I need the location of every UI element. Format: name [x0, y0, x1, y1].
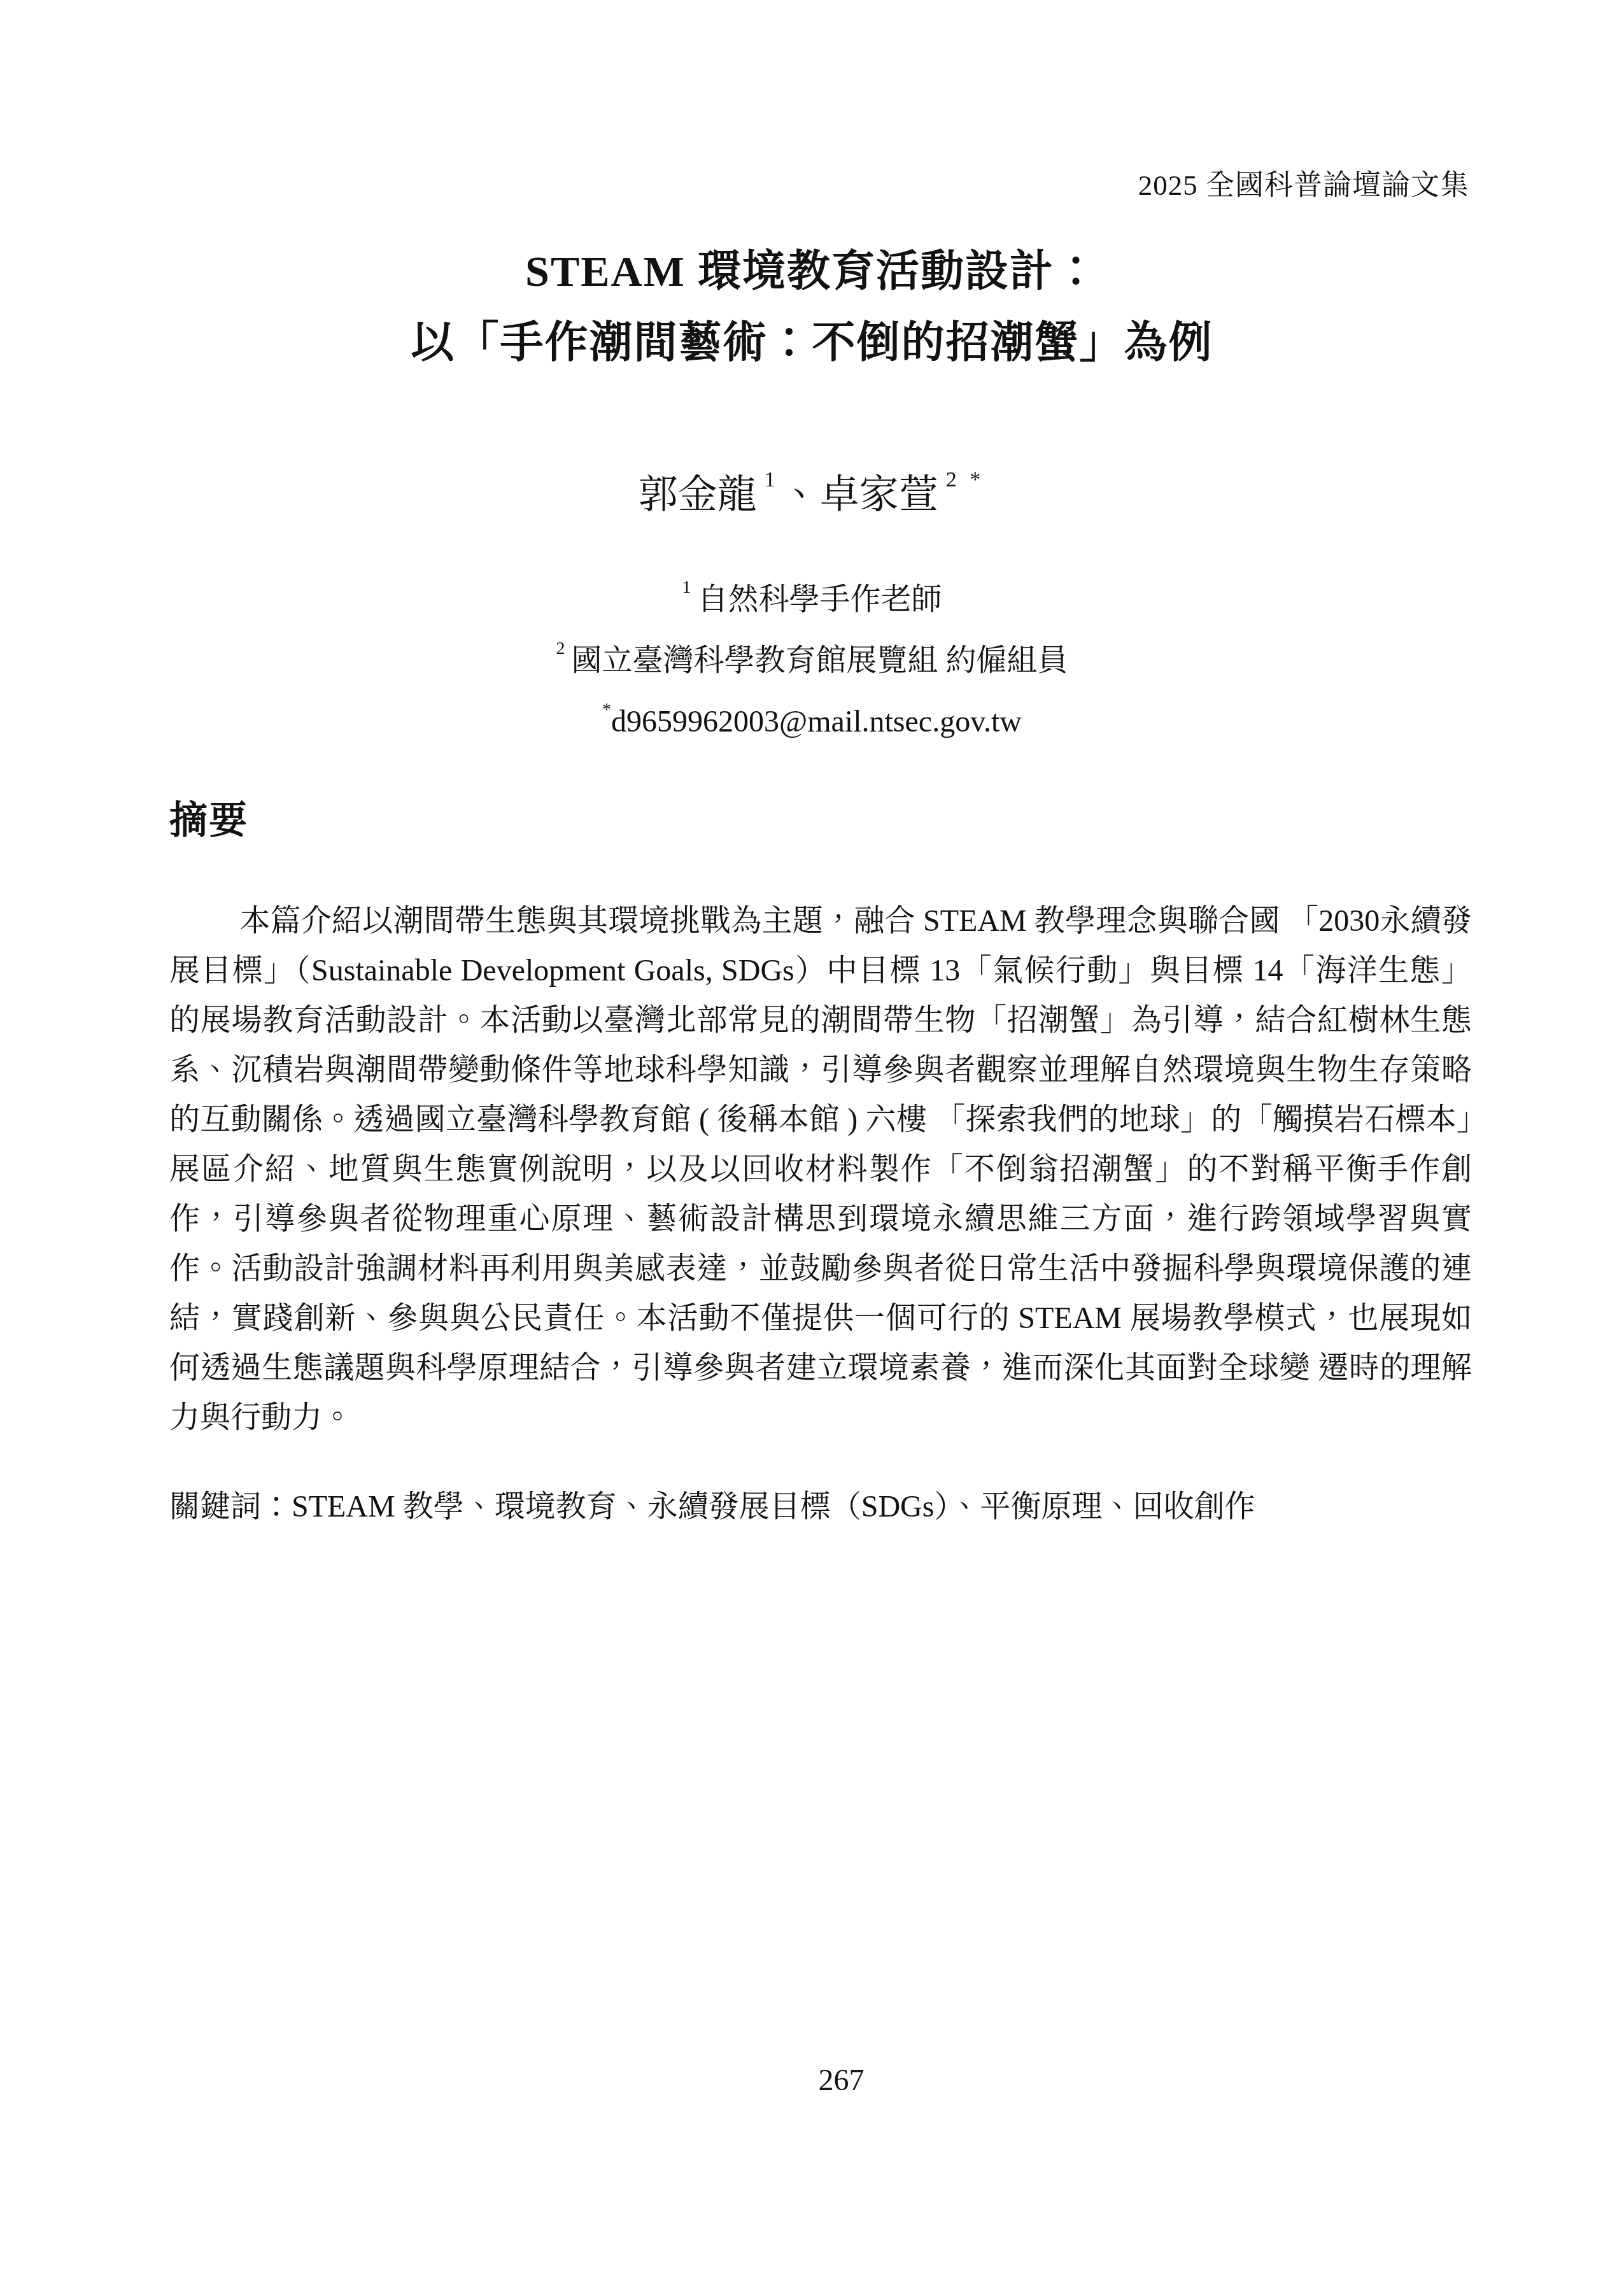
abstract-body: 本篇介紹以潮間帶生態與其環境挑戰為主題，融合 STEAM 教學理念與聯合國 「2…: [169, 896, 1472, 1443]
abstract-heading: 摘要: [169, 792, 248, 849]
author-1-superscript: 1: [765, 468, 779, 492]
paper-title-line-2: 以「手作潮間藝術：不倒的招潮蟹」為例: [0, 307, 1624, 378]
author-separator: 、: [780, 474, 820, 517]
corresponding-email-superscript: *: [602, 700, 611, 719]
proceedings-header: 2025 全國科普論壇論文集: [1138, 167, 1469, 204]
affiliation-2-text: 國立臺灣科學教育館展覽組 約僱組員: [571, 644, 1068, 677]
author-1-name: 郭金龍: [639, 474, 757, 517]
authors-line: 郭金龍1、卓家萱2 *: [0, 449, 1624, 526]
affiliation-1-text: 自然科學手作老師: [697, 583, 942, 616]
keywords-line: 關鍵詞：STEAM 教學、環境教育、永續發展目標（SDGs）、平衡原理、回收創作: [169, 1482, 1472, 1532]
author-2-superscript: 2 *: [946, 468, 985, 492]
paper-title: STEAM 環境教育活動設計： 以「手作潮間藝術：不倒的招潮蟹」為例: [0, 236, 1624, 378]
paper-title-line-1: STEAM 環境教育活動設計：: [0, 236, 1624, 307]
affiliation-1-superscript: 1: [682, 577, 691, 597]
corresponding-email-line: *d9659962003@mail.ntsec.gov.tw: [0, 685, 1624, 746]
paper-page: 2025 全國科普論壇論文集 STEAM 環境教育活動設計： 以「手作潮間藝術：…: [0, 0, 1624, 2278]
affiliations-block: 1自然科學手作老師 2國立臺灣科學教育館展覽組 約僱組員 *d965996200…: [0, 563, 1624, 746]
corresponding-email-text: d9659962003@mail.ntsec.gov.tw: [611, 705, 1022, 739]
page-number: 267: [29, 2063, 1624, 2098]
affiliation-2-superscript: 2: [556, 639, 565, 658]
author-2-name: 卓家萱: [820, 474, 938, 517]
affiliation-1: 1自然科學手作老師: [0, 563, 1624, 624]
affiliation-2: 2國立臺灣科學教育館展覽組 約僱組員: [0, 624, 1624, 685]
